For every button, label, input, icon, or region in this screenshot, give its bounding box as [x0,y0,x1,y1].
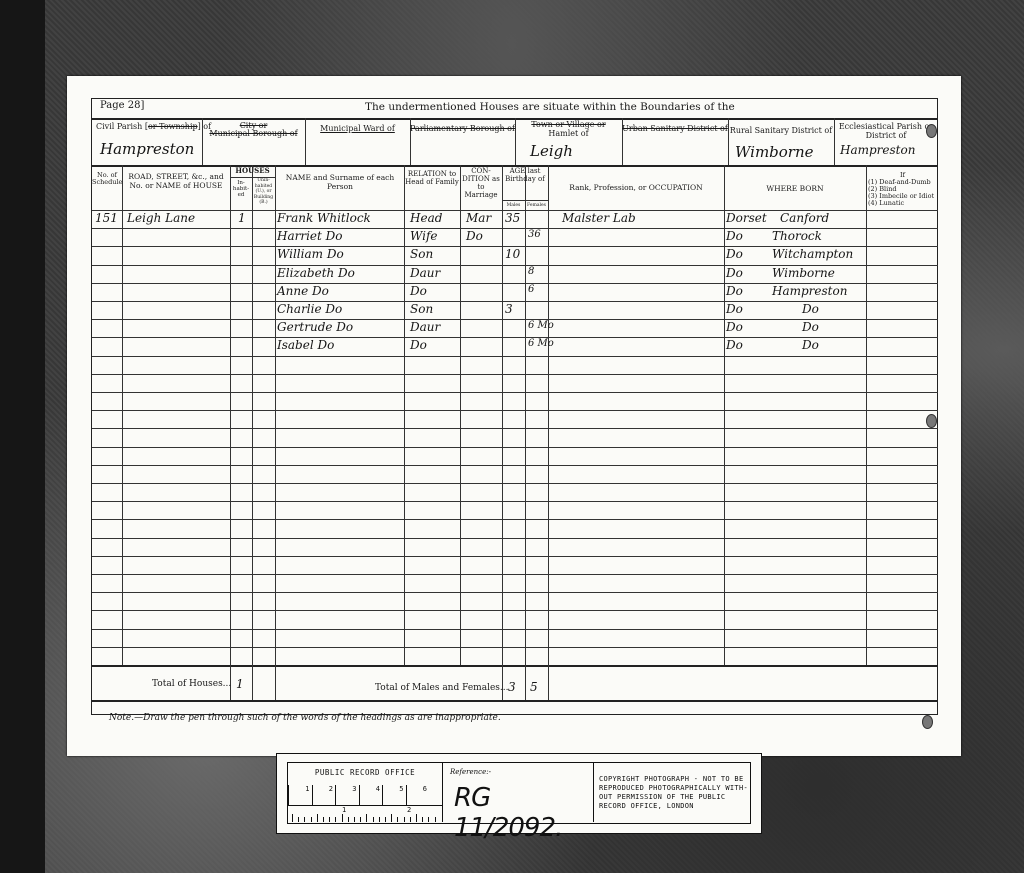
census-entry-road: Leigh Lane [127,211,195,225]
ruler-tick [435,817,436,822]
punch-hole [922,715,933,729]
rule-line [92,610,938,611]
rule-line [92,592,938,593]
census-entry-born-place: Do [802,338,819,352]
header-infirmity-line: (4) Lunatic [868,200,904,207]
ecclesiastical-value: Hampreston [840,143,915,157]
header-inhabited: In-habit-ed [230,180,252,198]
header-name: NAME and Surname of each Person [285,173,395,191]
rule-line [92,700,938,702]
header-schedule: No. of Schedule [92,172,122,186]
census-entry-born-county: Do [726,302,743,316]
ruler-tick [404,817,405,822]
rule-line [92,519,938,520]
punch-hole [926,124,937,138]
header-where-born: WHERE BORN [724,184,866,193]
rural-sanitary-label: Rural Sanitary District of [728,126,834,135]
column-divider [275,165,276,665]
census-entry-born-county: Do [726,284,743,298]
ruler-cm-mark: 5 [382,785,406,805]
ruler-tick [397,817,398,822]
census-entry-name: Anne Do [277,284,329,298]
census-entry-condition: Mar [466,211,491,225]
column-divider [252,165,253,665]
rule-line [92,665,938,667]
ruler-cm-mark: 2 [312,785,336,805]
ruler-inch-mark: 1 [342,806,346,814]
rural-sanitary-value: Wimborne [735,143,814,161]
rule-line [92,410,938,411]
rule-line [92,465,938,466]
census-entry-born-place: Hampreston [772,284,847,298]
ruler-tick [373,817,374,822]
ecclesiastical-label-line2: District of [834,131,938,140]
census-entry-occupation: Malster Lab [562,211,636,225]
ruler-tick [385,817,386,822]
census-entry-born-place: Witchampton [772,247,853,261]
census-entry-born-place: Thorock [772,229,822,243]
census-entry-female-age: 6 Mo [528,320,554,331]
census-entry-name: Harriet Do [277,229,343,243]
census-entry-relation: Daur [410,320,440,334]
census-entry-relation: Do [410,284,427,298]
column-divider [502,165,503,665]
rule-line [92,483,938,484]
town-value: Leigh [530,142,573,160]
ruler-inch-mark: 2 [407,806,411,814]
census-entry-relation: Daur [410,266,440,280]
ecclesiastical-label-line1: Ecclesiastical Parish or [834,122,938,131]
parliamentary-borough-label: Parliamentary Borough of [410,124,515,133]
ruler-divider [288,805,442,806]
census-entry-relation: Head [410,211,442,225]
rule-line [92,374,938,375]
rule-line [92,629,938,630]
column-divider [122,165,123,665]
punch-hole [926,414,937,428]
census-entry-born-county: Do [726,338,743,352]
census-entry-female-age: 6 Mo [528,338,554,349]
ruler-tick [379,817,380,822]
rule-line [92,428,938,429]
total-females: 5 [530,680,538,694]
ruler-tick [292,814,293,822]
census-entry-born-county: Do [726,229,743,243]
rule-line [92,356,938,357]
ruler-tick [391,814,392,822]
header-road: ROAD, STREET, &c., and No. or NAME of HO… [125,172,227,190]
ruler-tick [348,817,349,822]
header-condition: CON-DITION as to Marriage [460,167,502,199]
reference-section: Reference:- RG 11/2092. [442,763,594,822]
page-number: Page 28] [100,100,144,111]
census-entry-female-age: 8 [528,266,534,277]
rule-line [92,647,938,648]
ruler-tick [360,817,361,822]
ruler-tick [329,817,330,822]
census-entry-name: Gertrude Do [277,320,353,334]
town-label-line1: Town or Village or [515,120,622,129]
census-entry-male-age: 35 [505,211,520,225]
ruler-cm-mark: 4 [359,785,383,805]
rule-line [92,447,938,448]
census-entry-born-county: Do [726,266,743,280]
rule-line [92,574,938,575]
census-entry-schedule: 151 [95,211,118,225]
column-divider [525,165,526,665]
ruler-tick [428,817,429,822]
ruler-tick [304,817,305,822]
archive-label: PUBLIC RECORD OFFICE 12345612 Reference:… [276,753,762,834]
page-title: The undermentioned Houses are situate wi… [365,101,735,113]
census-entry-name: William Do [277,247,344,261]
ruler-tick [323,817,324,822]
header-uninhabited: Unin-habited (U.), or Building (B.) [252,178,275,206]
census-entry-male-age: 10 [505,247,520,261]
census-entry-born-place: Do [802,302,819,316]
ruler-tick [410,817,411,822]
rule-line [502,200,548,201]
header-females: Females [525,202,548,209]
census-entry-female-age: 36 [528,229,541,240]
census-entry-born-county: Dorset [726,211,767,225]
census-entry-condition: Do [466,229,483,243]
column-divider [548,665,549,700]
ruler-tick [342,814,343,822]
census-entry-inhabited: 1 [238,211,246,225]
civil-parish-value: Hampreston [100,140,194,158]
rule-line [92,501,938,502]
census-entry-born-place: Wimborne [772,266,835,280]
rule-line [92,392,938,393]
reference-label: Reference:- [450,768,491,776]
ruler-tick [354,817,355,822]
column-divider [548,165,549,665]
ruler-cm-mark: 1 [288,785,312,805]
census-entry-male-age: 3 [505,302,513,316]
census-entry-relation: Do [410,338,427,352]
census-entry-born-place: Canford [780,211,829,225]
column-divider [252,665,253,700]
column-divider [724,165,725,665]
ruler-tick [366,814,367,822]
city-label-line2: Municipal Borough of [202,129,305,138]
census-entry-born-county: Do [726,320,743,334]
column-divider [230,165,231,665]
census-entry-relation: Son [410,302,433,316]
ruler-tick [416,814,417,822]
reference-number: RG 11/2092. [454,783,593,843]
census-entry-name: Elizabeth Do [277,266,355,280]
column-divider [525,665,526,700]
ruler-tick [422,817,423,822]
total-persons-label: Total of Males and Females... [375,683,509,693]
header-houses: HOUSES [230,167,275,174]
column-divider [460,165,461,665]
ruler-section: PUBLIC RECORD OFFICE 12345612 [288,763,443,822]
urban-sanitary-label: Urban Sanitary District of [622,124,728,133]
header-relation: RELATION to Head of Family [404,170,460,186]
ruler-cm-mark: 6 [406,785,430,805]
census-entry-born-place: Do [802,320,819,334]
header-age: AGE last Birthday of [502,167,548,183]
ruler-tick [317,814,318,822]
ruler-tick [298,817,299,822]
column-divider [275,665,276,700]
scanner-edge [0,0,45,873]
record-office-label: PUBLIC RECORD OFFICE [288,768,442,777]
ruler-tick [335,817,336,822]
census-entry-relation: Son [410,247,433,261]
total-males: 3 [508,680,516,694]
census-entry-name: Frank Whitlock [277,211,371,225]
town-label-line2: Hamlet of [515,129,622,138]
census-entry-female-age: 6 [528,284,534,295]
census-entry-relation: Wife [410,229,438,243]
total-houses-inhabited: 1 [236,677,244,691]
census-entry-name: Isabel Do [277,338,334,352]
municipal-ward-label: Municipal Ward of [305,124,410,133]
rule-line [92,538,938,539]
ruler-tick [311,817,312,822]
ruler-cm-mark: 3 [335,785,359,805]
rule-line [92,556,938,557]
census-page: Page 28]The undermentioned Houses are si… [67,76,961,756]
civil-parish-label: Civil Parish [or Township] of [96,122,211,131]
form-note: Note.—Draw the pen through such of the w… [109,713,501,723]
header-occupation: Rank, Profession, or OCCUPATION [548,183,724,192]
column-divider [866,165,867,665]
total-houses-label: Total of Houses... [152,679,231,689]
census-entry-name: Charlie Do [277,302,342,316]
header-males: Males [502,202,525,209]
copyright-notice: COPYRIGHT PHOTOGRAPH - NOT TO BE REPRODU… [599,775,749,811]
column-divider [404,165,405,665]
census-entry-born-county: Do [726,247,743,261]
